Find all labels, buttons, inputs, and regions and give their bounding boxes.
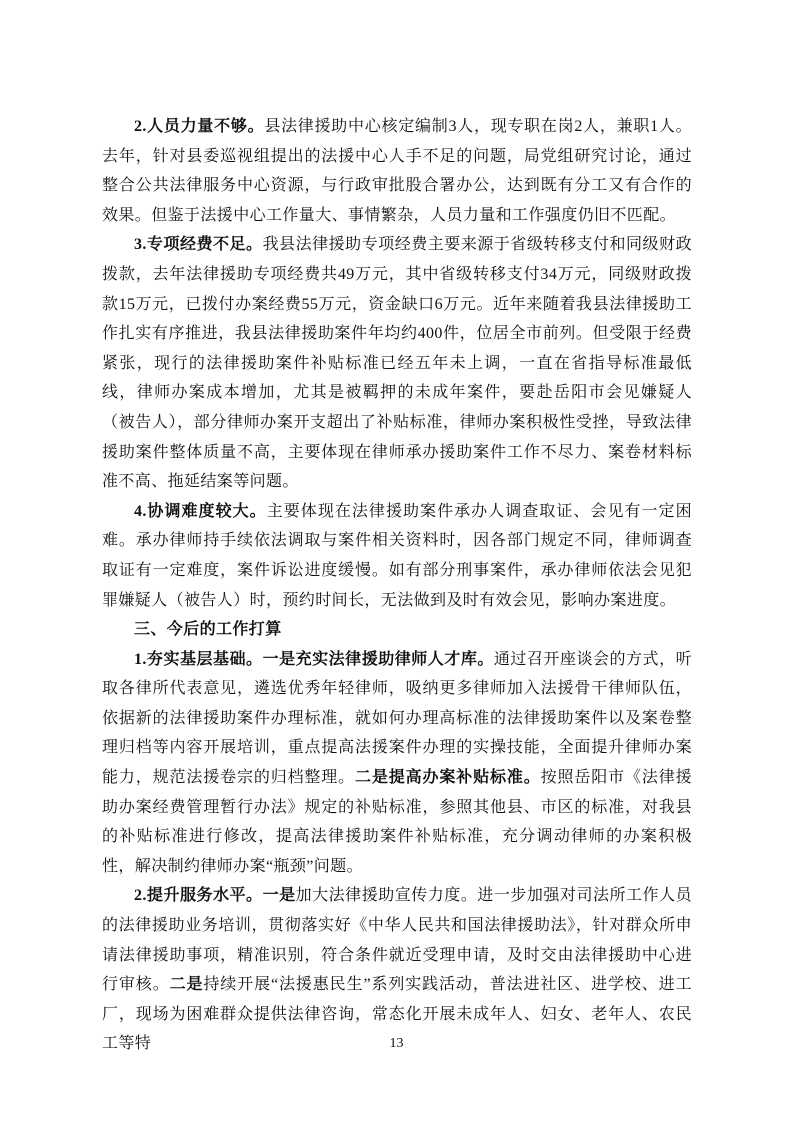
bold-run: 2.人员力量不够。 — [134, 118, 264, 135]
section-heading: 三、今后的工作打算 — [102, 615, 692, 645]
text-run: 通过召开座谈会的方式，听取各律所代表意见，遴选优秀年轻律师，吸纳更多律师加入法援… — [102, 651, 692, 786]
bold-run: 3.专项经费不足。 — [134, 236, 263, 253]
paragraph: 3.专项经费不足。我县法律援助专项经费主要来源于省级转移支付和同级财政拨款，去年… — [102, 230, 692, 496]
paragraph: 2.人员力量不够。县法律援助中心核定编制3人，现专职在岗2人，兼职1人。去年，针… — [102, 112, 692, 230]
page-number: 13 — [0, 1036, 793, 1052]
paragraph: 2.提升服务水平。一是加大法律援助宣传力度。进一步加强对司法所工作人员的法律援助… — [102, 881, 692, 1059]
text-run: 我县法律援助专项经费主要来源于省级转移支付和同级财政拨款，去年法律援助专项经费共… — [102, 236, 692, 490]
bold-run: 2.提升服务水平。一是 — [134, 887, 296, 904]
bold-run: 二是提高办案补贴标准。 — [355, 769, 541, 786]
bold-run: 二是 — [170, 976, 204, 993]
document-body: 2.人员力量不够。县法律援助中心核定编制3人，现专职在岗2人，兼职1人。去年，针… — [102, 112, 692, 1059]
bold-run: 1.夯实基层基础。一是充实法律援助律师人才库。 — [134, 651, 494, 668]
paragraph: 1.夯实基层基础。一是充实法律援助律师人才库。通过召开座谈会的方式，听取各律所代… — [102, 645, 692, 882]
bold-run: 三、今后的工作打算 — [134, 621, 282, 638]
bold-run: 4.协调难度较大。 — [134, 503, 267, 520]
paragraph: 4.协调难度较大。主要体现在法律援助案件承办人调查取证、会见有一定困难。承办律师… — [102, 497, 692, 615]
document-page: 2.人员力量不够。县法律援助中心核定编制3人，现专职在岗2人，兼职1人。去年，针… — [0, 0, 793, 1122]
